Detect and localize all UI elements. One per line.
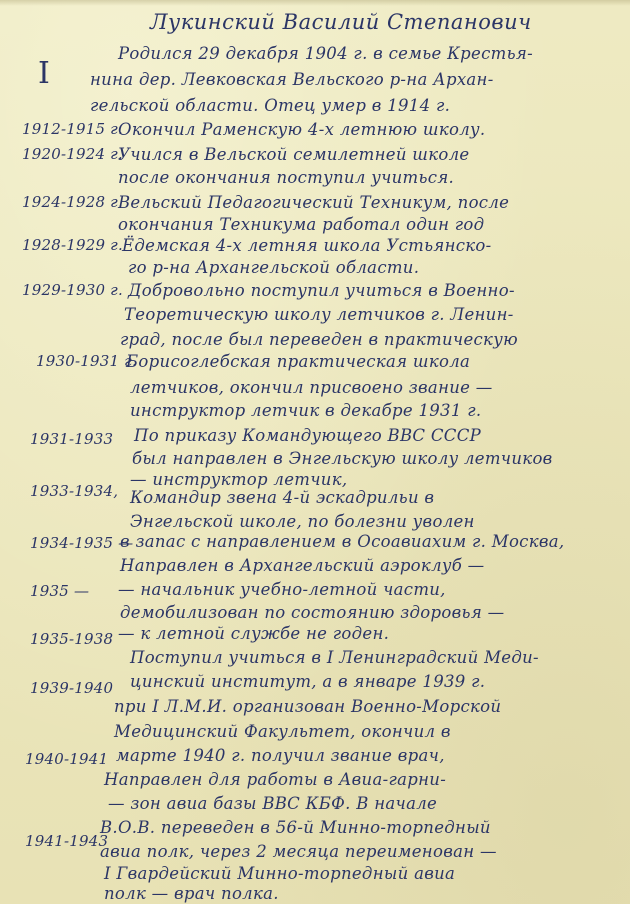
text-line: летчиков, окончил присвоено звание — xyxy=(130,378,493,397)
paper-edge xyxy=(0,0,630,6)
text-line: град, после был переведен в практическую xyxy=(120,330,518,349)
text-line: окончания Техникума работал один год xyxy=(118,215,484,234)
date-entry: 1933-1934, xyxy=(30,482,118,500)
text-line: го р-на Архангельской области. xyxy=(128,258,419,277)
date-entry: 1930-1931 г. xyxy=(36,352,137,370)
text-line: Борисоглебская практическая школа xyxy=(126,352,470,371)
text-line: при I Л.М.И. организован Военно-Морской xyxy=(114,697,501,716)
text-line: I Гвардейский Минно-торпедный авиа xyxy=(104,864,455,883)
date-entry: 1940-1941 xyxy=(25,750,108,768)
text-line: инструктор летчик в декабре 1931 г. xyxy=(130,401,481,420)
text-line: Родился 29 декабря 1904 г. в семье Крест… xyxy=(118,44,533,63)
date-entry: 1920-1924 г. xyxy=(22,145,123,163)
text-line: — зон авиа базы ВВС КБФ. В начале xyxy=(108,794,437,813)
text-line: Направлен для работы в Авиа-гарни- xyxy=(104,770,446,789)
text-line: Теоретическую школу летчиков г. Ленин- xyxy=(124,305,514,324)
date-entry: 1929-1930 г. xyxy=(22,281,123,299)
text-line: Поступил учиться в I Ленинградский Меди- xyxy=(130,648,539,667)
date-entry: 1935 — xyxy=(30,582,89,600)
text-line: В.О.В. переведен в 56-й Минно-торпедный xyxy=(100,818,491,837)
text-line: Командир звена 4-й эскадрильи в xyxy=(130,488,434,507)
date-entry: 1912-1915 г. xyxy=(22,120,123,138)
text-line: нина дер. Левковская Вельского р-на Арха… xyxy=(90,70,494,89)
text-line: после окончания поступил учиться. xyxy=(118,168,454,187)
section-marker: I xyxy=(38,56,50,91)
text-line: авиа полк, через 2 месяца переименован — xyxy=(100,842,497,861)
date-entry: 1931-1933 xyxy=(30,430,113,448)
text-line: демобилизован по состоянию здоровья — xyxy=(120,603,504,622)
text-line: Энгельской школе, по болезни уволен xyxy=(130,512,475,531)
text-line: Добровольно поступил учиться в Военно- xyxy=(128,281,515,300)
text-line: в запас с направлением в Осоавиахим г. М… xyxy=(120,532,564,551)
text-line: цинский институт, а в январе 1939 г. xyxy=(130,672,485,691)
text-line: Медицинский Факультет, окончил в xyxy=(114,722,451,741)
text-line: марте 1940 г. получил звание врач, xyxy=(116,746,445,765)
text-line: По приказу Командующего ВВС СССР xyxy=(134,426,481,445)
document-title: Лукинский Василий Степанович xyxy=(150,10,532,34)
text-line: полк — врач полка. xyxy=(104,884,279,903)
date-entry: 1924-1928 г. xyxy=(22,193,123,211)
text-line: Направлен в Архангельский аэроклуб — xyxy=(120,556,484,575)
date-entry: 1941-1943 xyxy=(25,832,108,850)
text-line: — инструктор летчик, xyxy=(130,470,347,489)
text-line: гельской области. Отец умер в 1914 г. xyxy=(90,96,450,115)
date-entry: 1934-1935 — xyxy=(30,534,133,552)
date-entry: 1928-1929 г. xyxy=(22,236,123,254)
text-line: — к летной службе не годен. xyxy=(118,624,389,643)
text-line: — начальник учебно-летной части, xyxy=(118,580,446,599)
text-line: Учился в Вельской семилетней школе xyxy=(118,145,469,164)
text-line: Вельский Педагогический Техникум, после xyxy=(118,193,509,212)
date-entry: 1935-1938 xyxy=(30,630,113,648)
text-line: Ёдемская 4-х летняя школа Устьянско- xyxy=(122,236,492,255)
text-line: был направлен в Энгельскую школу летчико… xyxy=(132,449,553,468)
date-entry: 1939-1940 xyxy=(30,679,113,697)
text-line: Окончил Раменскую 4-х летнюю школу. xyxy=(118,120,485,139)
document-page: Лукинский Василий Степанович I 1912-1915… xyxy=(0,0,630,904)
